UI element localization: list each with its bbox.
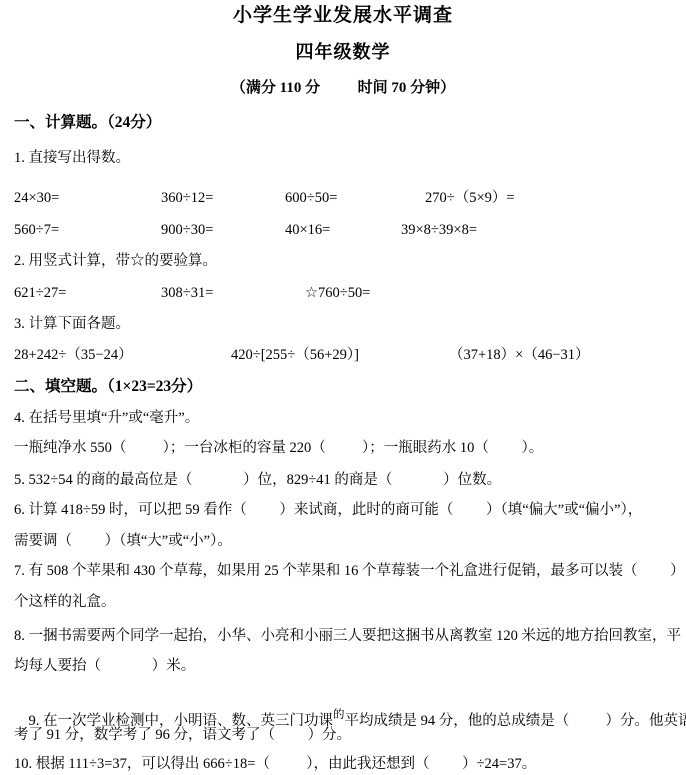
question-9-raised-char: 的 (333, 709, 345, 721)
section-2-heading: 二、填空题。（1×23=23分） (14, 377, 680, 397)
calc-item: 40×16= (285, 220, 401, 240)
exam-score-time-info: （满分 110 分 时间 70 分钟） (0, 78, 686, 98)
calc-item-starred: ☆760÷50= (305, 283, 370, 303)
question-5: 5. 532÷54 的商的最高位是（ ）位，829÷41 的商是（ ）位数。 (14, 470, 680, 490)
calc-item: （37+18）×（46−31） (449, 345, 590, 365)
question-2-label: 2. 用竖式计算，带☆的要验算。 (14, 251, 680, 271)
calc-item: 900÷30= (161, 220, 285, 240)
question-6-line-2: 需要调（ ）（填“大”或“小”）。 (14, 531, 680, 551)
calc-item: 308÷31= (161, 283, 305, 303)
calc-item: 24×30= (14, 188, 161, 208)
exam-subtitle: 四年级数学 (0, 42, 686, 62)
question-8-line-2: 均每人要抬（ ）米。 (14, 656, 680, 676)
calc-item: 39×8÷39×8= (401, 220, 477, 240)
question-2-row: 621÷27= 308÷31= ☆760÷50= (14, 283, 680, 303)
calc-item: 420÷[255÷（56+29）] (231, 345, 449, 365)
question-7-line-2: 个这样的礼盒。 (14, 592, 680, 612)
question-1-row-2: 560÷7= 900÷30= 40×16= 39×8÷39×8= (14, 220, 680, 240)
section-1-heading: 一、计算题。（24分） (14, 113, 680, 133)
question-1-row-1: 24×30= 360÷12= 600÷50= 270÷（5×9）= (14, 188, 680, 208)
calc-item: 270÷（5×9）= (425, 188, 515, 208)
question-8-line-1: 8. 一捆书需要两个同学一起抬，小华、小亮和小丽三人要把这捆书从离教室 120 … (14, 626, 680, 646)
question-1-label: 1. 直接写出得数。 (14, 148, 680, 168)
calc-item: 621÷27= (14, 283, 161, 303)
question-4-line-1: 4. 在括号里填“升”或“毫升”。 (14, 408, 680, 428)
question-3-label: 3. 计算下面各题。 (14, 314, 680, 334)
calc-item: 28+242÷（35−24） (14, 345, 231, 365)
calc-item: 600÷50= (285, 188, 425, 208)
question-4-line-2: 一瓶纯净水 550（ ）；一台冰柜的容量 220（ ）；一瓶眼药水 10（ ）。 (14, 438, 680, 458)
question-7-line-1: 7. 有 508 个苹果和 430 个草莓，如果用 25 个苹果和 16 个草莓… (14, 561, 680, 581)
question-3-row: 28+242÷（35−24） 420÷[255÷（56+29）] （37+18）… (14, 345, 680, 365)
exam-title: 小学生学业发展水平调查 (0, 6, 686, 26)
calc-item: 560÷7= (14, 220, 161, 240)
exam-document: 小学生学业发展水平调查 四年级数学 （满分 110 分 时间 70 分钟） 一、… (0, 0, 686, 775)
question-6-line-1: 6. 计算 418÷59 时，可以把 59 看作（ ）来试商，此时的商可能（ ）… (14, 500, 680, 520)
question-10: 10. 根据 111÷3=37，可以得出 666÷18=（ ），由此我还想到（ … (14, 754, 680, 774)
question-9-line-2: 考了 91 分，数学考了 96 分，语文考了（ ）分。 (14, 725, 680, 745)
calc-item: 360÷12= (161, 188, 285, 208)
